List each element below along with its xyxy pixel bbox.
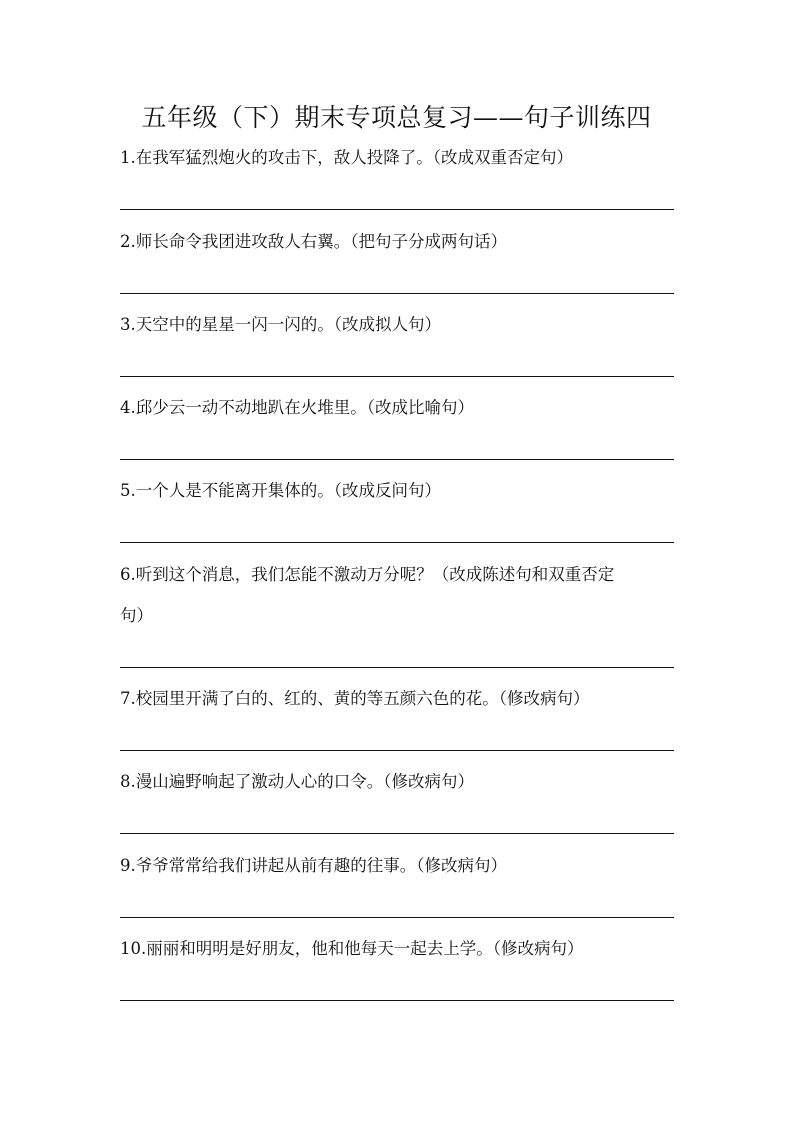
answer-line-1[interactable] [120, 209, 674, 210]
question-7: 7.校园里开满了白的、红的、黄的等五颜六色的花。（修改病句） [120, 678, 680, 720]
answer-line-10[interactable] [120, 1000, 674, 1001]
question-6: 6.听到这个消息，我们怎能不激动万分呢？（改成陈述句和双重否定 [120, 554, 680, 596]
question-9: 9.爷爷常常给我们讲起从前有趣的往事。（修改病句） [120, 845, 680, 887]
question-8: 8.漫山遍野响起了激动人心的口令。（修改病句） [120, 761, 680, 803]
question-6-continued: 句） [120, 595, 680, 637]
answer-line-7[interactable] [120, 750, 674, 751]
question-10: 10.丽丽和明明是好朋友，他和他每天一起去上学。（修改病句） [120, 928, 680, 970]
page-title: 五年级（下）期末专项总复习——句子训练四 [0, 98, 793, 134]
answer-line-2[interactable] [120, 293, 674, 294]
question-1: 1.在我军猛烈炮火的攻击下，敌人投降了。（改成双重否定句） [120, 137, 680, 179]
question-3: 3.天空中的星星一闪一闪的。（改成拟人句） [120, 304, 680, 346]
answer-line-8[interactable] [120, 833, 674, 834]
answer-line-4[interactable] [120, 459, 674, 460]
answer-line-9[interactable] [120, 917, 674, 918]
question-4: 4.邱少云一动不动地趴在火堆里。（改成比喻句） [120, 387, 680, 429]
answer-line-5[interactable] [120, 542, 674, 543]
question-2: 2.师长命令我团进攻敌人右翼。（把句子分成两句话） [120, 221, 680, 263]
answer-line-6[interactable] [120, 667, 674, 668]
question-5: 5.一个人是不能离开集体的。（改成反问句） [120, 470, 680, 512]
answer-line-3[interactable] [120, 376, 674, 377]
